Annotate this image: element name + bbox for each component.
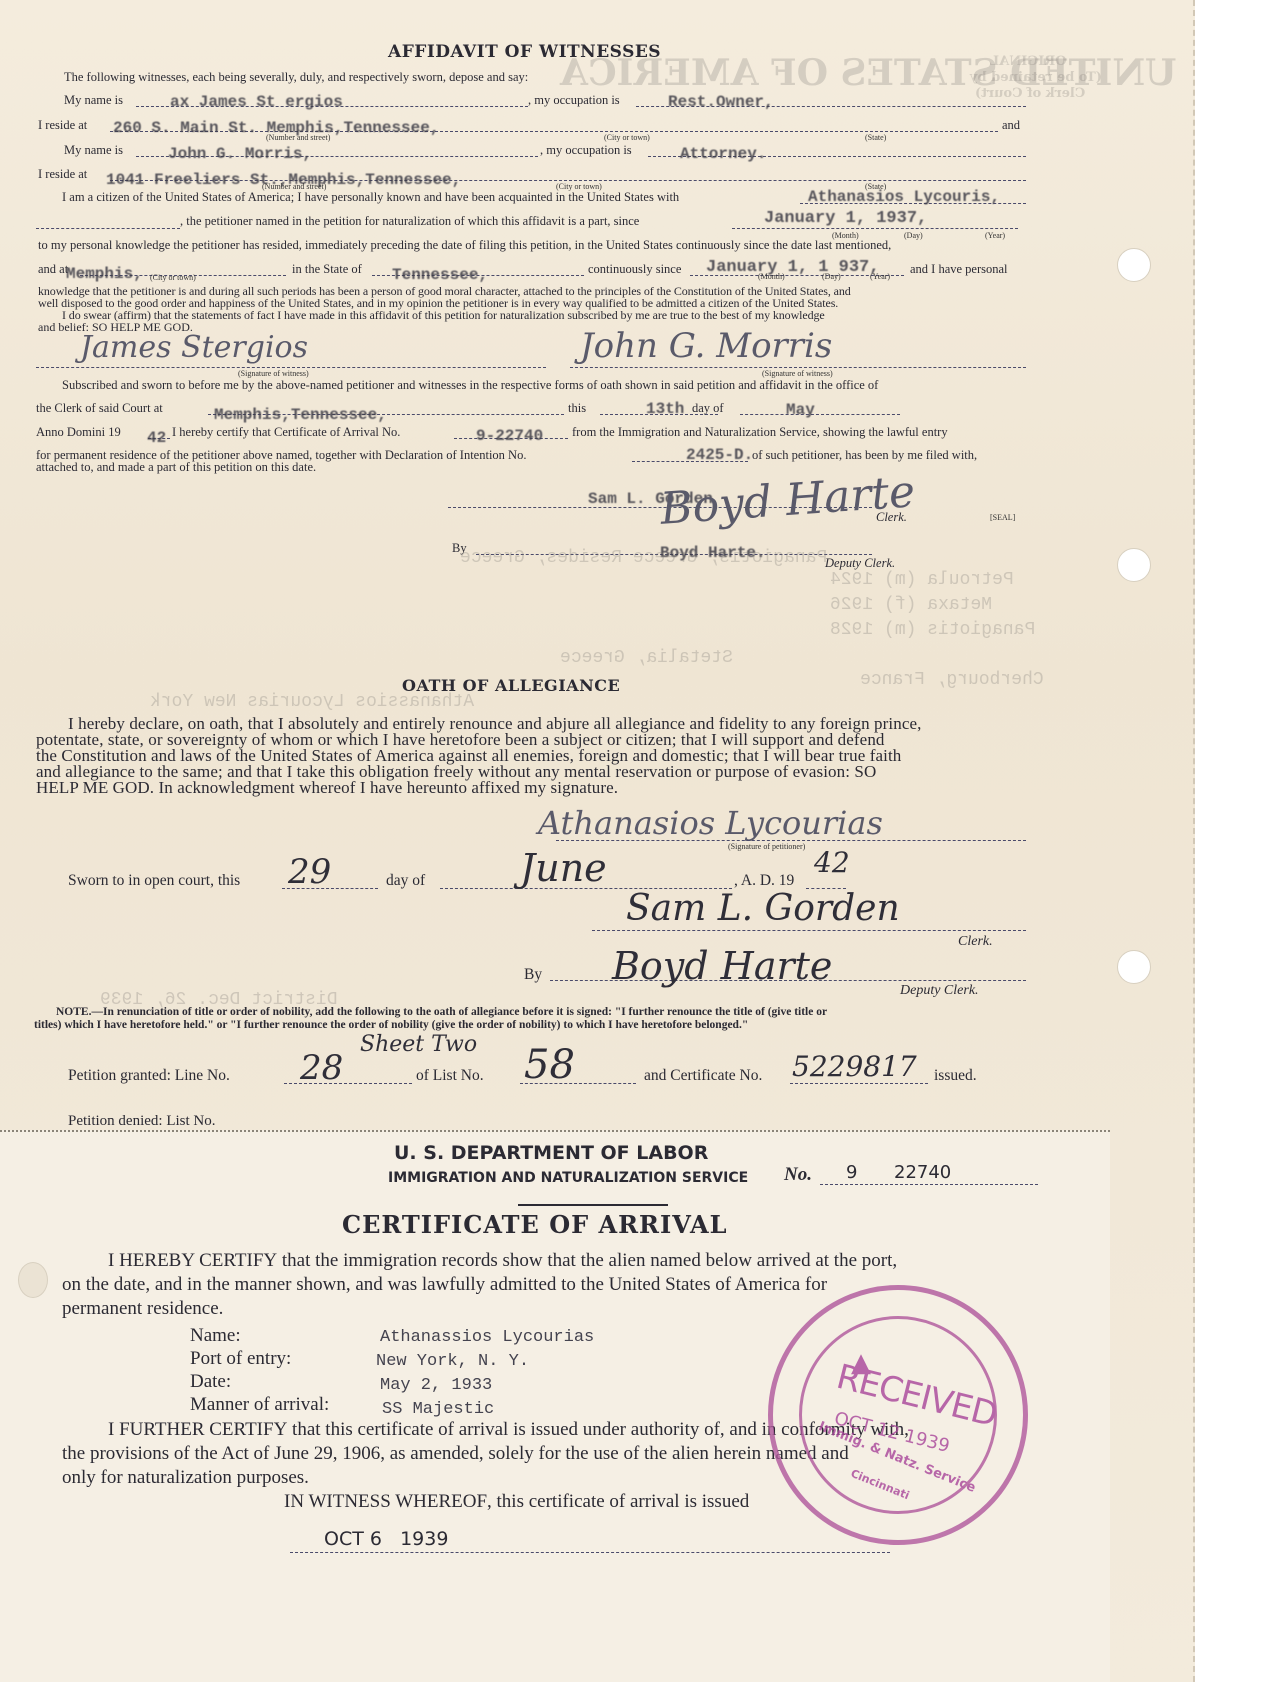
label-petition-denied: Petition denied: List No.	[68, 1113, 216, 1130]
label-signature-witness-2: (Signature of witness)	[762, 369, 833, 378]
sworn-month: June	[520, 846, 607, 890]
arrival-manner: SS Majestic	[382, 1400, 494, 1419]
petitioner-statement: , the petitioner named in the petition f…	[180, 214, 639, 229]
bleedthrough-text: Panagiotis, Greece Resides, Greece	[460, 548, 827, 568]
label-and-at: and at	[38, 262, 68, 277]
filing-day: 13th	[646, 400, 684, 418]
witness1-occupation: Rest.Owner,	[668, 93, 774, 111]
from-ins-statement: from the Immigration and Naturalization …	[572, 425, 948, 440]
certify-text: that the immigration records show that t…	[277, 1250, 897, 1271]
bleedthrough-text: Petroula (m) 1924	[830, 570, 1014, 590]
certify-paragraph-2: on the date, and in the manner shown, an…	[62, 1273, 827, 1297]
binder-hole	[1117, 248, 1151, 282]
sworn-year: 42	[814, 846, 850, 879]
further-paragraph-2: the provisions of the Act of June 29, 19…	[62, 1442, 849, 1466]
label-my-name-2: My name is	[64, 143, 123, 158]
label-of-list: of List No.	[416, 1067, 484, 1085]
label-clerk-court: the Clerk of said Court at	[36, 401, 163, 416]
label-by: By	[524, 966, 542, 984]
certificate-number: 5229817	[792, 1050, 917, 1083]
label-city: (City or town)	[604, 133, 650, 142]
issue-date-line	[290, 1552, 890, 1553]
label-number: No.	[784, 1164, 812, 1186]
bleedthrough-text: Stetalia, Greece	[560, 648, 733, 668]
clerk-line	[592, 930, 1026, 931]
label-manner: Manner of arrival:	[190, 1393, 329, 1417]
label-seal: [SEAL]	[990, 513, 1015, 522]
witness1-name: ax James St ergios	[170, 93, 343, 111]
witness-lead: IN WITNESS WHEREOF	[284, 1491, 487, 1512]
such-petitioner-statement: of such petitioner, has been by me filed…	[752, 448, 977, 463]
label-occupation-1: , my occupation is	[528, 93, 620, 108]
attached-statement: attached to, and made a part of this pet…	[36, 460, 316, 475]
label-continuously-since: continuously since	[588, 262, 681, 277]
since-date: January 1, 1937,	[764, 209, 927, 228]
witness1-signature: James Stergios	[80, 330, 308, 365]
divider	[518, 1204, 668, 1206]
binder-hole	[1117, 950, 1151, 984]
field-line	[820, 1184, 1038, 1185]
label-day-of: day of	[386, 872, 425, 890]
service-name: IMMIGRATION AND NATURALIZATION SERVICE	[388, 1170, 748, 1186]
knowledge-statement: to my personal knowledge the petitioner …	[38, 238, 891, 253]
label-occupation-2: , my occupation is	[540, 143, 632, 158]
witness2-name: John G. Morris,	[168, 145, 312, 163]
signature-line	[570, 367, 1026, 368]
label-state: (State)	[865, 133, 886, 142]
signature-line	[36, 367, 546, 368]
nobility-note-1: NOTE.—In renunciation of title or order …	[56, 1006, 827, 1018]
residence-city: Memphis,	[66, 265, 143, 283]
certificate-number-prefix: 9	[846, 1162, 857, 1183]
label-reside-1: I reside at	[38, 118, 87, 133]
field-line	[36, 228, 180, 229]
bleedthrough-text: Panagiotis (m) 1928	[830, 620, 1035, 640]
label-deputy-clerk: Deputy Clerk.	[825, 556, 895, 571]
citizen-statement: I am a citizen of the United States of A…	[62, 190, 679, 205]
witness-text: , this certificate of arrival is issued	[487, 1491, 749, 1512]
bleedthrough-retained: (To be retained by	[970, 70, 1102, 85]
certify-paragraph-1: I HEREBY CERTIFY that the immigration re…	[108, 1249, 897, 1273]
certify-lead: I HEREBY CERTIFY	[108, 1250, 277, 1271]
punch-mark	[18, 1262, 48, 1298]
label-day: (Day)	[904, 231, 923, 240]
oath-title: OATH OF ALLEGIANCE	[402, 676, 620, 695]
received-stamp: ▲ RECEIVED OCT 12 1939 Immig. & Natz. Se…	[768, 1285, 1028, 1545]
nobility-note-2: titles) which I have heretofore held." o…	[34, 1019, 748, 1031]
label-month: (Month)	[758, 272, 785, 281]
certify-statement: I hereby certify that Certificate of Arr…	[172, 425, 400, 440]
label-date: Date:	[190, 1370, 231, 1394]
sheet-note: Sheet Two	[360, 1032, 477, 1057]
label-clerk: Clerk.	[876, 510, 907, 525]
list-number: 58	[524, 1042, 575, 1088]
label-and: and	[1002, 118, 1020, 133]
arrival-date: May 2, 1933	[380, 1376, 492, 1395]
certificate-title: CERTIFICATE OF ARRIVAL	[342, 1210, 727, 1239]
bleedthrough-text: Cherbourg, France	[860, 670, 1044, 690]
label-day: (Day)	[822, 272, 841, 281]
label-year: (Year)	[985, 231, 1005, 240]
issue-date: OCT 6 1939	[324, 1528, 448, 1550]
bleedthrough-text: Metaxa (f) 1926	[830, 595, 992, 615]
filing-year: 42	[147, 429, 166, 447]
label-city: (City or town)	[150, 273, 196, 282]
label-port: Port of entry:	[190, 1347, 291, 1371]
line-number: 28	[300, 1048, 343, 1088]
label-name: Name:	[190, 1324, 241, 1348]
label-clerk: Clerk.	[958, 934, 993, 950]
right-margin	[1195, 0, 1272, 1682]
witness2-occupation: Attorney.	[680, 145, 766, 163]
further-paragraph-3: only for naturalization purposes.	[62, 1466, 309, 1490]
field-line	[732, 228, 1018, 229]
certificate-number-value: 22740	[894, 1162, 951, 1183]
label-number-street: (Number and street)	[266, 133, 330, 142]
label-petition-granted: Petition granted: Line No.	[68, 1067, 230, 1085]
label-this: this	[568, 401, 586, 416]
label-day-of: day of	[692, 401, 724, 416]
binder-hole	[1117, 548, 1151, 582]
document-page: UNITED STATES OF AMERICA ORIGINAL (To be…	[0, 0, 1195, 1682]
court-city: Memphis,Tennessee,	[214, 406, 387, 424]
label-signature-witness-1: (Signature of witness)	[238, 369, 309, 378]
bleedthrough-clerk: Clerk of Court)	[975, 86, 1085, 101]
witness2-signature: John G. Morris	[580, 326, 832, 366]
petitioner-name: Athanasios Lycouris,	[808, 188, 1000, 206]
label-deputy-clerk: Deputy Clerk.	[900, 983, 979, 999]
affidavit-title: AFFIDAVIT OF WITNESSES	[388, 42, 661, 62]
label-signature-petitioner: (Signature of petitioner)	[728, 842, 805, 851]
department-name: U. S. DEPARTMENT OF LABOR	[394, 1142, 708, 1164]
further-lead: I FURTHER CERTIFY	[108, 1419, 287, 1440]
oath-deputy-signature: Boyd Harte	[612, 944, 832, 988]
certify-paragraph-3: permanent residence.	[62, 1297, 223, 1321]
label-personal: and I have personal	[910, 262, 1008, 277]
oath-clerk-signature: Sam L. Gorden	[626, 888, 900, 929]
field-line	[790, 1083, 928, 1084]
declaration-number: 2425-D.	[686, 446, 753, 464]
label-reside-2: I reside at	[38, 167, 87, 182]
signature-line	[556, 840, 1026, 841]
label-certificate: and Certificate No.	[644, 1067, 762, 1085]
oath-line-5: HELP ME GOD. In acknowledgment whereof I…	[36, 780, 618, 797]
bleedthrough-original: ORIGINAL	[990, 54, 1067, 69]
arrival-port: New York, N. Y.	[376, 1352, 529, 1371]
label-sworn: Sworn to in open court, this	[68, 872, 240, 890]
filing-month: May	[786, 401, 815, 419]
affidavit-intro: The following witnesses, each being seve…	[64, 70, 528, 85]
arrival-name: Athanassios Lycourias	[380, 1328, 594, 1347]
subscribed-statement: Subscribed and sworn to before me by the…	[62, 378, 878, 393]
label-issued: issued.	[934, 1067, 977, 1085]
witness-whereof: IN WITNESS WHEREOF, this certificate of …	[284, 1490, 749, 1514]
field-line	[740, 414, 900, 415]
sworn-day: 29	[288, 852, 331, 892]
residence-state: Tennessee,	[392, 266, 488, 284]
petitioner-signature: Athanasios Lycourias	[538, 804, 883, 842]
label-year: (Year)	[870, 272, 890, 281]
bleedthrough-text: Athanassios Lycourias New York	[150, 692, 474, 712]
arrival-number: 9-22740	[476, 427, 543, 445]
label-my-name-1: My name is	[64, 93, 123, 108]
label-state-of: in the State of	[292, 262, 362, 277]
continuous-date: January 1, 1 937,	[706, 258, 879, 277]
label-anno-domini: Anno Domini 19	[36, 425, 121, 440]
